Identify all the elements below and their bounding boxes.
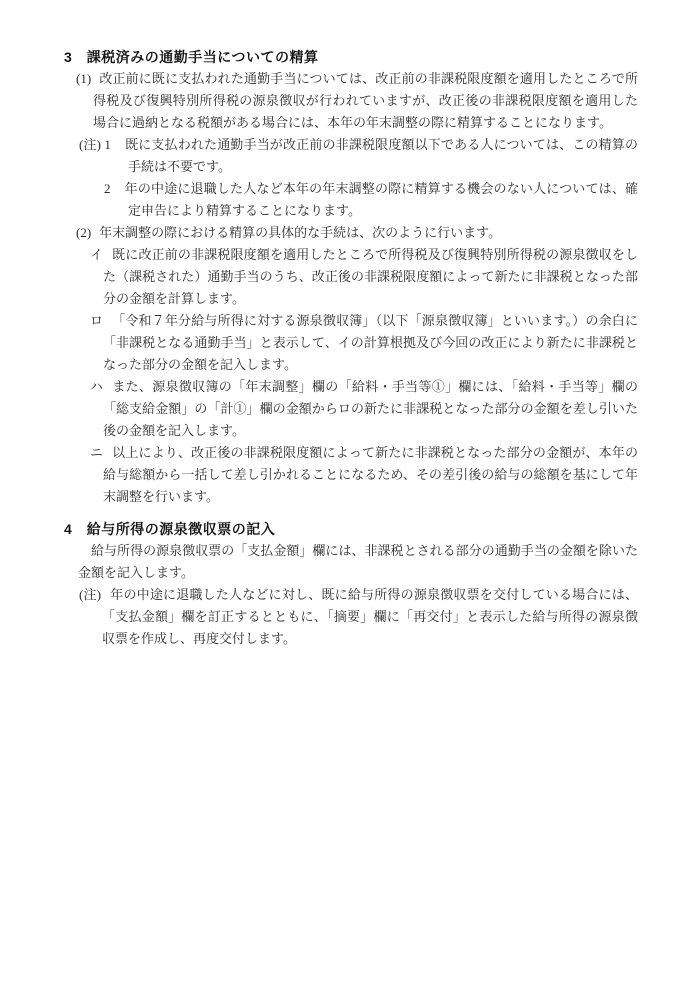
section-number: 4 <box>64 518 72 540</box>
note-marker: (注) 1 <box>79 137 111 152</box>
note-text: 既に支払われた通勤手当が改正前の非課税限度額以下である人については、この精算の手… <box>125 137 638 174</box>
section-3-paragraph-2: (2)年末調整の際における精算の具体的な手続は、次のように行います。 <box>64 222 638 244</box>
list-marker: ハ <box>90 379 103 394</box>
note-text: 年の中途に退職した人などに対し、既に給与所得の源泉徴収票を交付している場合には、… <box>102 587 638 646</box>
section-4-heading: 4給与所得の源泉徴収票の記入 <box>64 518 638 540</box>
section-3-note-2: 2年の中途に退職した人など本年の年末調整の際に精算する機会のない人については、確… <box>64 178 638 222</box>
note-marker: 2 <box>104 181 111 196</box>
section-4-paragraph: 給与所得の源泉徴収票の「支払金額」欄には、非課税とされる部分の通勤手当の金額を除… <box>64 540 638 584</box>
section-3-item-ro: ロ「令和７年分給与所得に対する源泉徴収簿」（以下「源泉徴収簿」といいます。）の余… <box>64 310 638 376</box>
paragraph-text: 以上により、改正後の非課税限度額によって新たに非課税となった部分の金額が、本年の… <box>103 445 638 504</box>
paragraph-text: 「令和７年分給与所得に対する源泉徴収簿」（以下「源泉徴収簿」といいます。）の余白… <box>103 313 638 372</box>
section-3-note-1: (注) 1既に支払われた通勤手当が改正前の非課税限度額以下である人については、こ… <box>64 134 638 178</box>
section-3-item-i: イ既に改正前の非課税限度額を適用したところで所得税及び復興特別所得税の源泉徴収を… <box>64 244 638 310</box>
section-4-note: (注)年の中途に退職した人などに対し、既に給与所得の源泉徴収票を交付している場合… <box>64 584 638 650</box>
section-title: 課税済みの通勤手当についての精算 <box>87 49 319 65</box>
list-marker: (2) <box>76 225 91 240</box>
list-marker: ロ <box>90 313 103 328</box>
paragraph-text: 年末調整の際における精算の具体的な手続は、次のように行います。 <box>99 225 501 240</box>
paragraph-text: また、源泉徴収簿の「年末調整」欄の「給料・手当等①」欄には、「給料・手当等」欄の… <box>103 379 638 438</box>
section-4: 4給与所得の源泉徴収票の記入 給与所得の源泉徴収票の「支払金額」欄には、非課税と… <box>64 518 638 650</box>
section-3-item-ha: ハまた、源泉徴収簿の「年末調整」欄の「給料・手当等①」欄には、「給料・手当等」欄… <box>64 376 638 442</box>
list-marker: (1) <box>76 71 91 86</box>
paragraph-text: 給与所得の源泉徴収票の「支払金額」欄には、非課税とされる部分の通勤手当の金額を除… <box>78 543 638 580</box>
list-marker: イ <box>90 247 103 262</box>
section-3-paragraph-1: (1)改正前に既に支払われた通勤手当については、改正前の非課税限度額を適用したと… <box>64 68 638 134</box>
note-marker: (注) <box>79 587 101 602</box>
document-page: 3課税済みの通勤手当についての精算 (1)改正前に既に支払われた通勤手当について… <box>0 0 700 989</box>
section-3-item-ni: ニ以上により、改正後の非課税限度額によって新たに非課税となった部分の金額が、本年… <box>64 442 638 508</box>
note-text: 年の中途に退職した人など本年の年末調整の際に精算する機会のない人については、確定… <box>125 181 639 218</box>
section-number: 3 <box>64 46 72 68</box>
paragraph-text: 既に改正前の非課税限度額を適用したところで所得税及び復興特別所得税の源泉徴収をし… <box>103 247 638 306</box>
list-marker: ニ <box>90 445 103 460</box>
section-title: 給与所得の源泉徴収票の記入 <box>87 521 276 537</box>
paragraph-text: 改正前に既に支払われた通勤手当については、改正前の非課税限度額を適用したところで… <box>93 71 638 130</box>
section-3-heading: 3課税済みの通勤手当についての精算 <box>64 46 638 68</box>
section-3: 3課税済みの通勤手当についての精算 (1)改正前に既に支払われた通勤手当について… <box>64 46 638 508</box>
